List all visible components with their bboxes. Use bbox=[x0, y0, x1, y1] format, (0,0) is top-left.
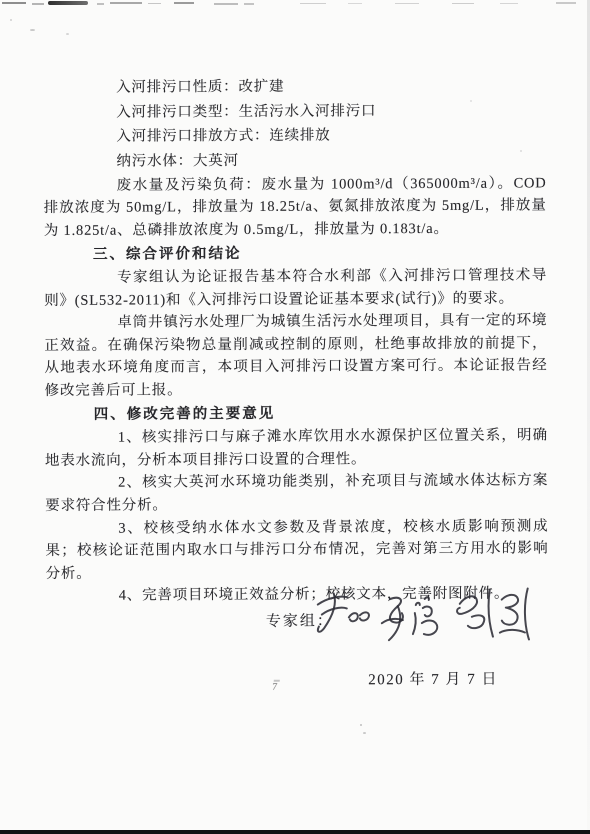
scan-mark bbox=[2, 2, 26, 4]
handwritten-signature-3 bbox=[450, 585, 536, 643]
scan-speck bbox=[66, 33, 69, 35]
revision-item-3: 3、校核受纳水体水文参数及背景浓度，校核水质影响预测成果；校核论证范围内取水口与… bbox=[45, 515, 548, 585]
handwritten-signature-1 bbox=[310, 590, 372, 636]
scan-mark bbox=[148, 3, 161, 4]
section-four-heading: 四、修改完善的主要意见 bbox=[45, 401, 548, 427]
scan-mark bbox=[110, 2, 142, 4]
document-page: 入河排污口性质：改扩建 入河排污口类型：生活污水入河排污口 入河排污口排放方式：… bbox=[43, 73, 550, 796]
scan-mark bbox=[97, 3, 104, 5]
section-three-paragraph-1: 专家组认为论证报告基本符合水利部《入河排污口管理技术导则》(SL532-2011… bbox=[44, 264, 547, 312]
outfall-nature-line: 入河排污口性质：改扩建 bbox=[43, 73, 546, 100]
scan-speck bbox=[10, 19, 12, 21]
revision-item-1: 1、核实排污口与麻子滩水库饮用水水源保护区位置关系，明确地表水流向，分析本项目排… bbox=[45, 425, 548, 473]
scan-mark bbox=[556, 2, 576, 4]
scan-mark bbox=[395, 3, 419, 4]
scan-mark bbox=[174, 2, 194, 4]
scan-mark bbox=[244, 3, 254, 5]
page-number: 7 bbox=[272, 680, 280, 693]
scan-mark bbox=[48, 1, 88, 5]
scan-speck bbox=[30, 29, 35, 31]
outfall-field-list: 入河排污口性质：改扩建 入河排污口类型：生活污水入河排污口 入河排污口排放方式：… bbox=[43, 73, 547, 174]
revision-item-2: 2、核实大英河水环境功能类别，补充项目与流域水体达标方案要求符合性分析。 bbox=[45, 470, 548, 518]
scan-mark bbox=[32, 3, 44, 5]
scan-mark bbox=[452, 3, 474, 4]
section-three-heading: 三、综合评价和结论 bbox=[44, 241, 547, 267]
scan-mark bbox=[500, 3, 518, 4]
scan-mark bbox=[300, 3, 326, 4]
section-three-paragraph-2: 卓筒井镇污水处理厂为城镇生活污水处理项目，具有一定的环境正效益。在确保污染物总量… bbox=[44, 310, 547, 403]
receiving-water-line: 纳污水体：大英河 bbox=[43, 147, 546, 174]
scan-mark bbox=[214, 3, 238, 5]
document-date: 2020 年 7 月 7 日 bbox=[368, 669, 498, 692]
outfall-type-line: 入河排污口类型：生活污水入河排污口 bbox=[43, 98, 546, 125]
expert-group-signoff: 专家组： bbox=[46, 585, 549, 652]
handwritten-signature-2 bbox=[378, 592, 442, 644]
pollution-load-paragraph: 废水量及污染负荷：废水量为 1000m³/d（365000m³/a）。COD 排… bbox=[44, 172, 547, 242]
scan-bottom-edge bbox=[0, 830, 590, 834]
outfall-discharge-line: 入河排污口排放方式：连续排放 bbox=[43, 123, 546, 150]
scan-mark bbox=[348, 3, 362, 4]
